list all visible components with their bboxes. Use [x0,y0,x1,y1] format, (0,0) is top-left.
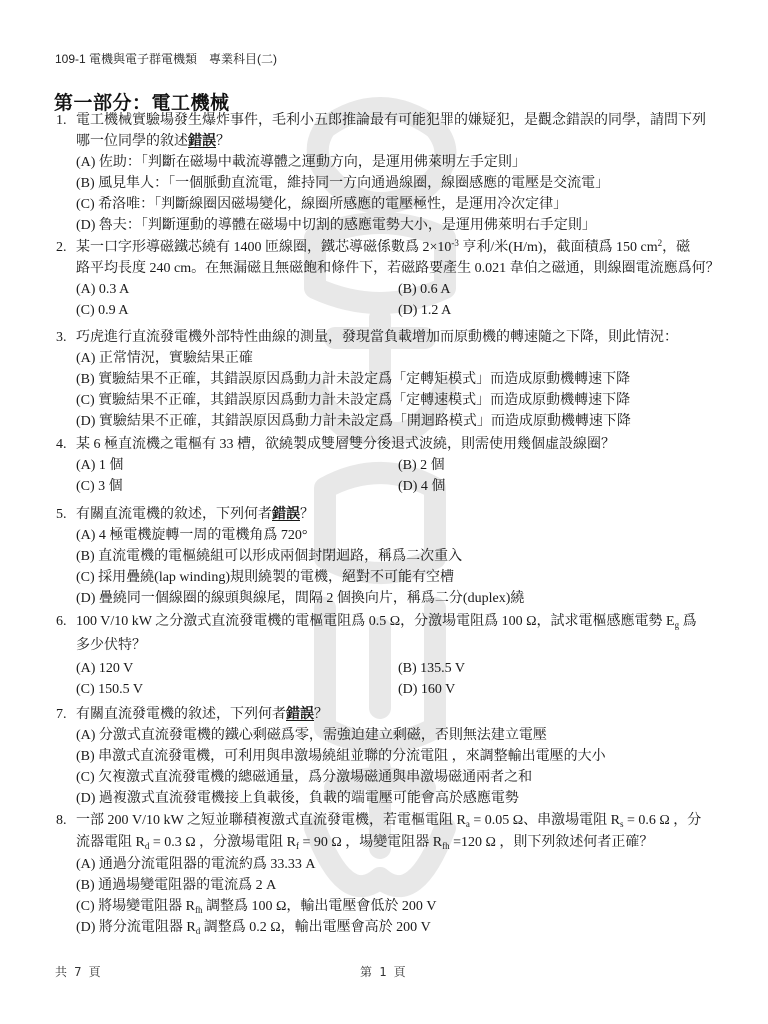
question-stem: 4. 某 6 極直流機之電樞有 33 槽，欲繞製成雙層雙分後退式波繞，則需使用幾… [56,434,736,455]
option-c: (C) 採用疊繞(lap winding)規則繞製的電機，絕對不可能有空槽 [76,567,736,588]
question-stem: 7. 有關直流發電機的敘述，下列何者錯誤？ [56,704,736,725]
option-c: (C) 實驗結果不正確，其錯誤原因爲動力計未設定爲「定轉速模式」而造成原動機轉速… [76,390,736,411]
option-c: (C) 3 個 [76,476,398,497]
emphasis-wrong: 錯誤 [272,507,300,522]
option-a: (A) 120 V [76,658,398,679]
option-b: (B) 串激式直流發電機，可利用與串激場繞組並聯的分流電阻 ，來調整輸出電壓的大… [76,746,736,767]
option-a: (A) 正常情況，實驗結果正確 [76,348,736,369]
option-d: (D) 160 V [398,679,720,700]
question-4: 4. 某 6 極直流機之電樞有 33 槽，欲繞製成雙層雙分後退式波繞，則需使用幾… [56,434,736,497]
option-d: (D) 實驗結果不正確，其錯誤原因爲動力計未設定爲「開迴路模式」而造成原動機轉速… [76,411,736,432]
question-stem: 1. 電工機械實驗場發生爆炸事件，毛利小五郎推論最有可能犯罪的嫌疑犯，是觀念錯誤… [56,110,736,152]
total-pages: 共 7 頁 [55,963,101,980]
question-5: 5. 有關直流電機的敘述，下列何者錯誤？ (A) 4 極電機旋轉一周的電機角爲 … [56,504,736,609]
question-3: 3. 巧虎進行直流發電機外部特性曲線的測量，發現當負載增加而原動機的轉速隨之下降… [56,327,736,432]
question-number: 4. [56,434,67,455]
option-d: (D) 4 個 [398,476,720,497]
question-stem: 6. 100 V/10 kW 之分激式直流發電機的電樞電阻爲 0.5 Ω，分激場… [56,610,736,658]
option-d: (D) 魯夫：「判斷運動的導體在磁場中切割的感應電勢大小，是運用佛萊明右手定則」 [76,215,736,236]
option-a: (A) 0.3 A [76,279,398,300]
option-c: (C) 希洛唯：「判斷線圈因磁場變化，線圈所感應的電壓極性，是運用冷次定律」 [76,194,736,215]
option-a: (A) 1 個 [76,455,398,476]
exam-page: 109-1 電機與電子群電機類專業科目(二) 第一部分：電工機械 1. 電工機械… [0,0,768,1024]
question-8: 8. 一部 200 V/10 kW 之短並聯積複激式直流發電機，若電樞電阻 Ra… [56,810,736,938]
option-b: (B) 0.6 A [398,279,720,300]
exam-subject: 專業科目(二) [209,52,277,66]
question-6: 6. 100 V/10 kW 之分激式直流發電機的電樞電阻爲 0.5 Ω，分激場… [56,610,736,700]
option-c: (C) 0.9 A [76,300,398,321]
option-b: (B) 2 個 [398,455,720,476]
exam-title: 109-1 電機與電子群電機類 [55,52,197,66]
option-d: (D) 1.2 A [398,300,720,321]
option-a: (A) 佐助：「判斷在磁場中載流導體之運動方向，是運用佛萊明左手定則」 [76,152,736,173]
question-2: 2. 某一口字形導磁鐵芯繞有 1400 匝線圈，鐵芯導磁係數爲 2×10-3 亨… [56,237,736,321]
question-number: 8. [56,810,67,832]
question-number: 6. [56,610,67,634]
option-b: (B) 風見隼人：「一個脈動直流電，維持同一方向通過線圈，線圈感應的電壓是交流電… [76,173,736,194]
option-b: (B) 通過場變電阻器的電流爲 2 A [76,875,736,896]
option-a: (A) 分激式直流發電機的鐵心剩磁爲零，需強迫建立剩磁，否則無法建立電壓 [76,725,736,746]
option-c: (C) 將場變電阻器 Rfh 調整爲 100 Ω，輸出電壓會低於 200 V [76,896,736,917]
question-stem: 3. 巧虎進行直流發電機外部特性曲線的測量，發現當負載增加而原動機的轉速隨之下降… [56,327,736,348]
page-number: 第 1 頁 [360,963,406,980]
option-b: (B) 直流電機的電樞繞組可以形成兩個封閉迴路，稱爲二次重入 [76,546,736,567]
question-number: 5. [56,504,67,525]
option-b: (B) 135.5 V [398,658,720,679]
question-stem: 8. 一部 200 V/10 kW 之短並聯積複激式直流發電機，若電樞電阻 Ra… [56,810,736,854]
emphasis-wrong: 錯誤 [286,707,314,722]
question-number: 1. [56,110,67,131]
question-number: 3. [56,327,67,348]
question-number: 7. [56,704,67,725]
option-d: (D) 將分流電阻器 Rd 調整爲 0.2 Ω，輸出電壓會高於 200 V [76,917,736,938]
option-b: (B) 實驗結果不正確，其錯誤原因爲動力計未設定爲「定轉矩模式」而造成原動機轉速… [76,369,736,390]
option-a: (A) 4 極電機旋轉一周的電機角爲 720° [76,525,736,546]
option-d: (D) 過複激式直流發電機接上負載後，負載的端電壓可能會高於感應電勢 [76,788,736,809]
question-stem: 5. 有關直流電機的敘述，下列何者錯誤？ [56,504,736,525]
question-stem: 2. 某一口字形導磁鐵芯繞有 1400 匝線圈，鐵芯導磁係數爲 2×10-3 亨… [56,237,736,279]
option-a: (A) 通過分流電阻器的電流約爲 33.33 A [76,854,736,875]
exam-header: 109-1 電機與電子群電機類專業科目(二) [55,50,277,67]
question-1: 1. 電工機械實驗場發生爆炸事件，毛利小五郎推論最有可能犯罪的嫌疑犯，是觀念錯誤… [56,110,736,236]
option-d: (D) 疊繞同一個線圈的線頭與線尾，間隔 2 個換向片，稱爲二分(duplex)… [76,588,736,609]
question-7: 7. 有關直流發電機的敘述，下列何者錯誤？ (A) 分激式直流發電機的鐵心剩磁爲… [56,704,736,809]
emphasis-wrong: 錯誤 [188,134,216,149]
option-c: (C) 150.5 V [76,679,398,700]
question-number: 2. [56,237,67,258]
option-c: (C) 欠複激式直流發電機的總磁通量，爲分激場磁通與串激場磁通兩者之和 [76,767,736,788]
